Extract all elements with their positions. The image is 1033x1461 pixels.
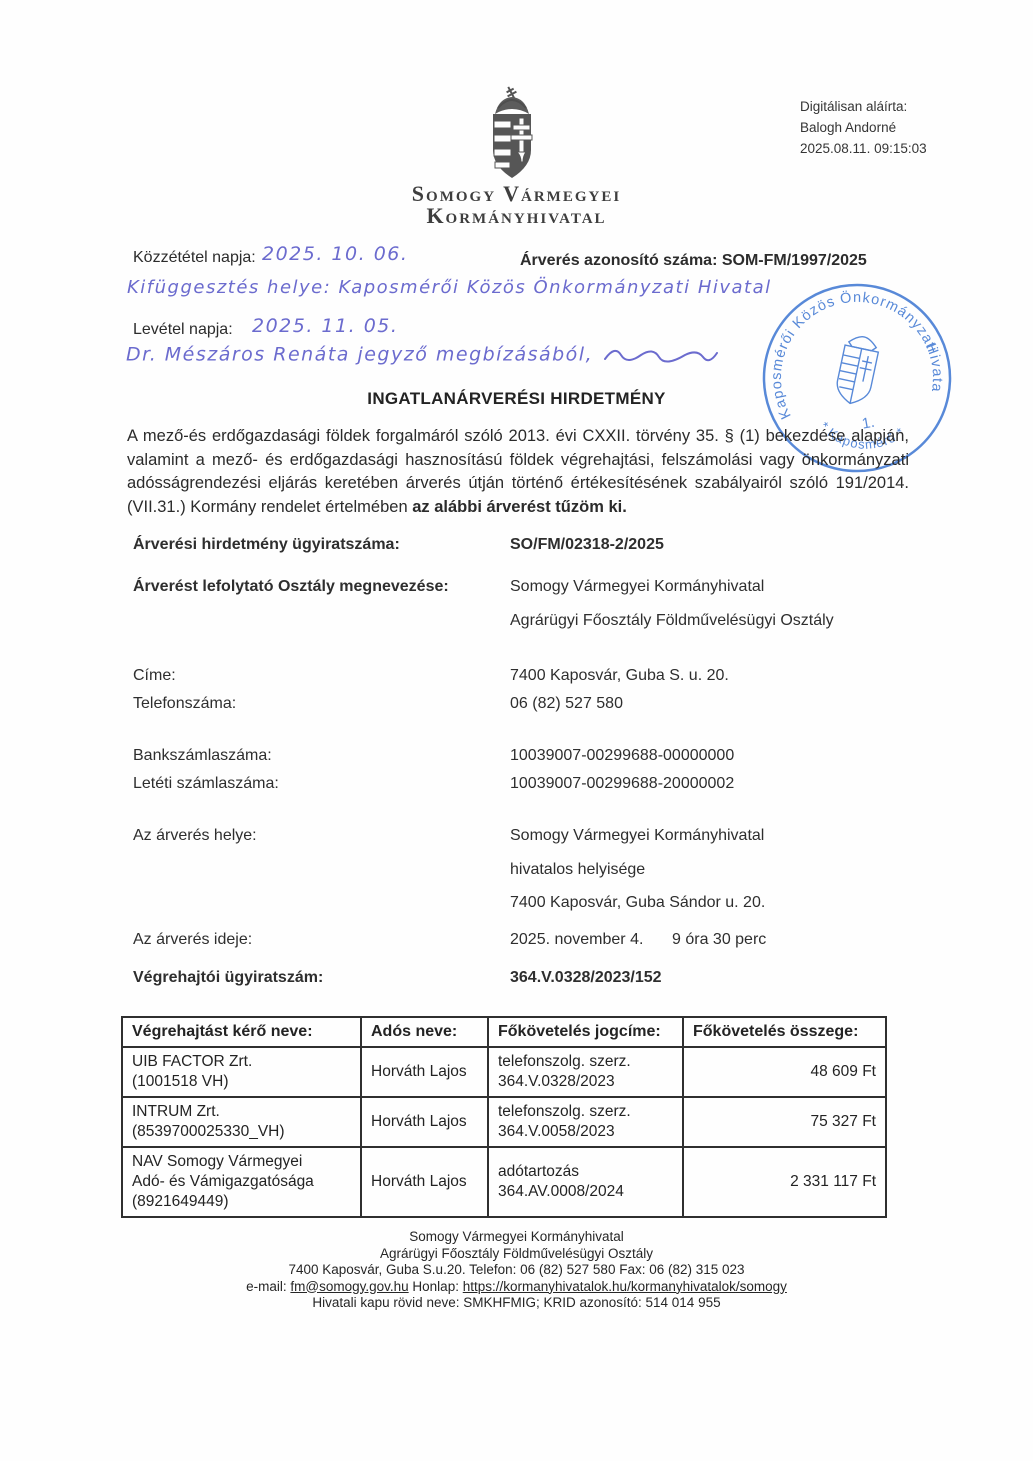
table-row: UIB FACTOR Zrt. (1001518 VH) Horváth Laj… [122,1047,886,1097]
amount-cell: 48 609 Ft [683,1047,886,1097]
footer-email-link[interactable]: fm@somogy.gov.hu [290,1279,408,1294]
col-header-claim-title: Főkövetelés jogcíme: [488,1017,683,1047]
publish-date-handwritten: 2025. 10. 06. [262,243,408,265]
digital-signature: Digitálisan aláírta: Balogh Andorné 2025… [800,96,1020,159]
table-row: NAV Somogy Vármegyei Adó- és Vámigazgató… [122,1147,886,1217]
claim-cell: telefonszolg. szerz. 364.V.0328/2023 [488,1047,683,1097]
auction-id-label: Árverés azonosító száma: [520,252,717,269]
claims-table: Végrehajtást kérő neve: Adós neve: Főköv… [121,1016,887,1218]
field-auction-time-time: 9 óra 30 perc [672,931,766,949]
field-department-label: Árverést lefolytató Osztály megnevezése: [133,578,449,595]
field-address: Címe: 7400 Kaposvár, Guba S. u. 20. [133,667,913,685]
field-executor-case: Végrehajtói ügyiratszám: 364.V.0328/2023… [133,969,913,987]
field-department-value1: Somogy Vármegyei Kormányhivatal [510,578,764,596]
creditor-name: NAV Somogy Vármegyei [132,1152,351,1172]
field-auction-time-label: Az árverés ideje: [133,931,252,948]
field-auction-place-label: Az árverés helye: [133,827,257,844]
digital-signature-timestamp: 2025.08.11. 09:15:03 [800,138,1020,159]
field-case-number-value: SO/FM/02318-2/2025 [510,536,664,554]
col-header-creditor: Végrehajtást kérő neve: [122,1017,361,1047]
creditor-cell: UIB FACTOR Zrt. (1001518 VH) [122,1047,361,1097]
field-auction-time: Az árverés ideje: 2025. november 4. 9 ór… [133,931,913,949]
footer-email-label: e-mail: [246,1279,287,1294]
field-auction-place-value3: 7400 Kaposvár, Guba Sándor u. 20. [510,894,765,912]
creditor-id: (1001518 VH) [132,1072,351,1092]
field-case-number-label: Árverési hirdetmény ügyiratszáma: [133,536,400,553]
field-phone-value: 06 (82) 527 580 [510,695,623,713]
field-auction-place-value1: Somogy Vármegyei Kormányhivatal [510,827,764,845]
field-auction-time-date: 2025. november 4. [510,931,643,949]
handwritten-notary-text: Dr. Mészáros Renáta jegyző megbízásából, [126,344,593,366]
field-phone: Telefonszáma: 06 (82) 527 580 [133,695,913,713]
claim-title: adótartozás [498,1162,673,1182]
footer-contact-line: e-mail: fm@somogy.gov.hu Honlap: https:/… [0,1279,1033,1296]
footer-website-label: Honlap: [412,1279,459,1294]
amount-cell: 75 327 Ft [683,1097,886,1147]
document-title: INGATLANÁRVERÉSI HIRDETMÉNY [0,389,1033,409]
field-phone-label: Telefonszáma: [133,695,236,712]
publish-date-label: Közzététel napja: [133,249,256,267]
claim-case-number: 364.V.0058/2023 [498,1122,673,1142]
creditor-name: UIB FACTOR Zrt. [132,1052,351,1072]
digital-signature-name: Balogh Andorné [800,117,1020,138]
auction-id-value: SOM-FM/1997/2025 [722,252,867,269]
field-address-value: 7400 Kaposvár, Guba S. u. 20. [510,667,729,685]
creditor-name-line2: Adó- és Vámigazgatósága [132,1172,351,1192]
creditor-id: (8921649449) [132,1192,351,1212]
creditor-name: INTRUM Zrt. [132,1102,351,1122]
col-header-debtor: Adós neve: [361,1017,488,1047]
field-executor-case-value: 364.V.0328/2023/152 [510,969,662,987]
auction-id: Árverés azonosító száma: SOM-FM/1997/202… [520,252,867,270]
debtor-cell: Horváth Lajos [361,1147,488,1217]
debtor-cell: Horváth Lajos [361,1097,488,1147]
footer: Somogy Vármegyei Kormányhivatal Agrárügy… [0,1229,1033,1312]
hungary-coat-of-arms-icon [481,84,543,191]
claim-case-number: 364.V.0328/2023 [498,1072,673,1092]
field-auction-place: Az árverés helye: Somogy Vármegyei Kormá… [133,827,913,845]
field-deposit-account-value: 10039007-00299688-20000002 [510,775,734,793]
creditor-cell: NAV Somogy Vármegyei Adó- és Vámigazgató… [122,1147,361,1217]
field-bank-account-value: 10039007-00299688-00000000 [510,747,734,765]
footer-krid-line: Hivatali kapu rövid neve: SMKHFMIG; KRID… [0,1295,1033,1312]
amount-cell: 2 331 117 Ft [683,1147,886,1217]
footer-address-phone: 7400 Kaposvár, Guba S.u.20. Telefon: 06 … [0,1262,1033,1279]
field-bank-account-label: Bankszámlaszáma: [133,747,272,764]
creditor-id: (8539700025330_VH) [132,1122,351,1142]
claim-cell: adótartozás 364.AV.0008/2024 [488,1147,683,1217]
field-executor-case-label: Végrehajtói ügyiratszám: [133,969,323,986]
claim-title: telefonszolg. szerz. [498,1102,673,1122]
claim-case-number: 364.AV.0008/2024 [498,1182,673,1202]
document-page: Somogy Vármegyei Kormányhivatal Digitáli… [0,0,1033,1461]
intro-bold-text: az alábbi árverést tűzöm ki. [412,498,627,516]
org-name-line2: Kormányhivatal [0,205,1033,227]
claims-table-header-row: Végrehajtást kérő neve: Adós neve: Főköv… [122,1017,886,1047]
claim-cell: telefonszolg. szerz. 364.V.0058/2023 [488,1097,683,1147]
footer-website-link[interactable]: https://kormanyhivatalok.hu/kormanyhivat… [463,1279,787,1294]
handwritten-notary-note: Dr. Mészáros Renáta jegyző megbízásából, [126,343,721,367]
removal-date-label: Levétel napja: [133,321,233,339]
field-deposit-account-label: Letéti számlaszáma: [133,775,279,792]
col-header-claim-amount: Főkövetelés összege: [683,1017,886,1047]
footer-org-name: Somogy Vármegyei Kormányhivatal [0,1229,1033,1246]
signature-scribble [601,343,721,367]
org-name: Somogy Vármegyei Kormányhivatal [0,183,1033,227]
field-case-number: Árverési hirdetmény ügyiratszáma: SO/FM/… [133,536,913,554]
handwritten-posting-place: Kifüggesztés helye: Kaposmérői Közös Önk… [127,277,772,298]
footer-department: Agrárügyi Főosztály Földművelésügyi Oszt… [0,1246,1033,1263]
debtor-cell: Horváth Lajos [361,1047,488,1097]
creditor-cell: INTRUM Zrt. (8539700025330_VH) [122,1097,361,1147]
intro-paragraph: A mező-és erdőgazdasági földek forgalmár… [127,425,909,519]
field-address-label: Címe: [133,667,176,684]
org-name-line1: Somogy Vármegyei [0,183,1033,205]
removal-date-handwritten: 2025. 11. 05. [252,315,398,337]
field-deposit-account: Letéti számlaszáma: 10039007-00299688-20… [133,775,913,793]
claim-title: telefonszolg. szerz. [498,1052,673,1072]
field-department-value2: Agrárügyi Főosztály Földművelésügyi Oszt… [510,612,834,630]
table-row: INTRUM Zrt. (8539700025330_VH) Horváth L… [122,1097,886,1147]
field-department: Árverést lefolytató Osztály megnevezése:… [133,578,913,596]
field-bank-account: Bankszámlaszáma: 10039007-00299688-00000… [133,747,913,765]
field-auction-place-value2: hivatalos helyisége [510,861,645,879]
digital-signature-caption: Digitálisan aláírta: [800,96,1020,117]
